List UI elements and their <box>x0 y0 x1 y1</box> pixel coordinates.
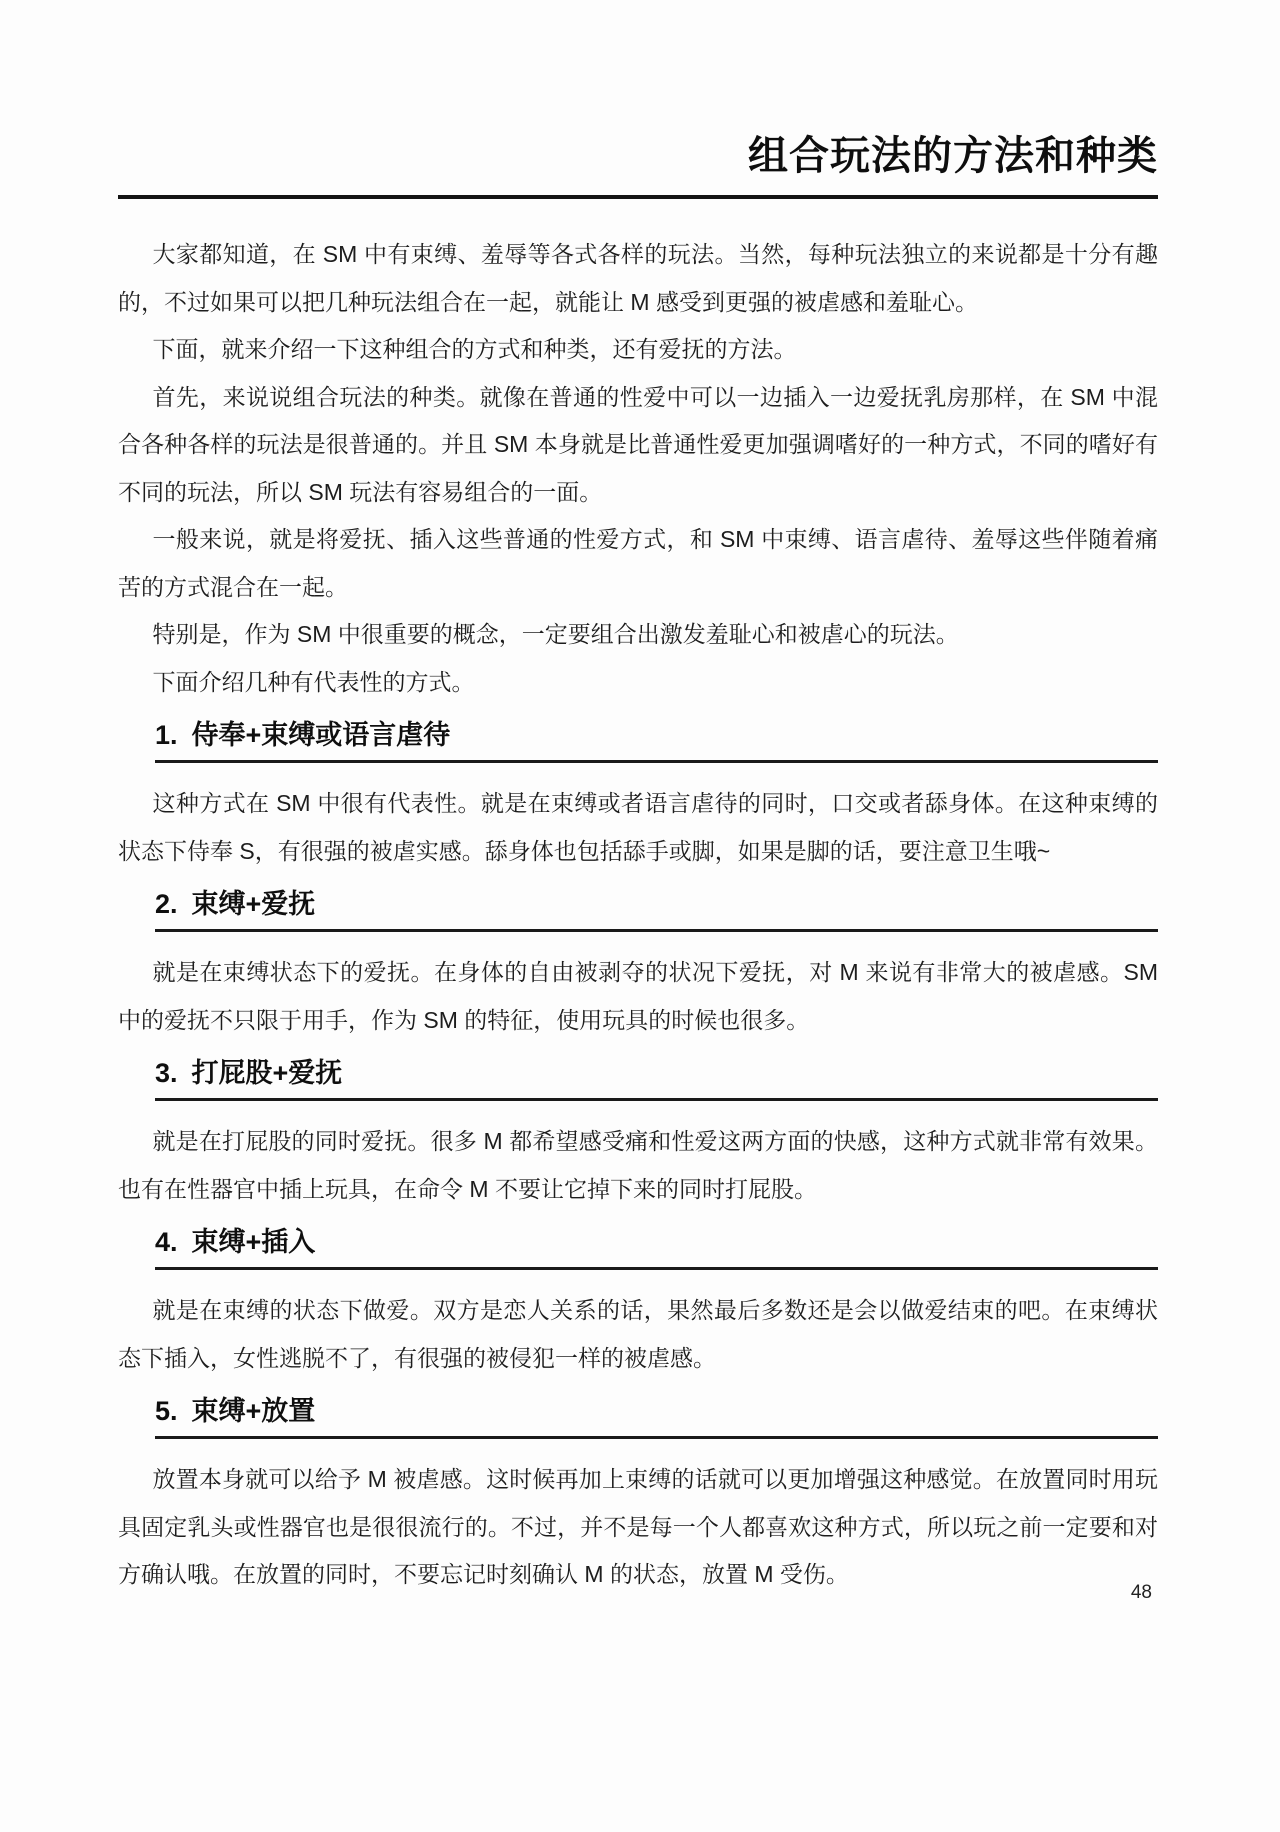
heading-rule <box>155 929 1158 932</box>
section-heading-text: 打屁股+爱抚 <box>192 1057 343 1089</box>
intro-paragraph: 下面，就来介绍一下这种组合的方式和种类，还有爱抚的方法。 <box>118 326 1158 374</box>
section-heading-text: 束缚+放置 <box>192 1395 316 1427</box>
section-4: 4. 束缚+插入 就是在束缚的状态下做爱。双方是恋人关系的话，果然最后多数还是会… <box>118 1226 1158 1382</box>
section-paragraph: 这种方式在 SM 中很有代表性。就是在束缚或者语言虐待的同时，口交或者舔身体。在… <box>118 780 1158 875</box>
heading-rule <box>155 1098 1158 1101</box>
intro-paragraph: 下面介绍几种有代表性的方式。 <box>118 659 1158 707</box>
heading-rule <box>155 760 1158 763</box>
page-number: 48 <box>1131 1582 1152 1604</box>
section-2: 2. 束缚+爱抚 就是在束缚状态下的爱抚。在身体的自由被剥夺的状况下爱抚，对 M… <box>118 888 1158 1044</box>
heading-rule <box>155 1436 1158 1439</box>
section-1: 1. 侍奉+束缚或语言虐待 这种方式在 SM 中很有代表性。就是在束缚或者语言虐… <box>118 719 1158 875</box>
section-paragraph: 就是在束缚的状态下做爱。双方是恋人关系的话，果然最后多数还是会以做爱结束的吧。在… <box>118 1287 1158 1382</box>
section-heading-text: 束缚+爱抚 <box>192 888 316 920</box>
section-paragraph: 就是在打屁股的同时爱抚。很多 M 都希望感受痛和性爱这两方面的快感，这种方式就非… <box>118 1118 1158 1213</box>
section-heading: 2. 束缚+爱抚 <box>118 888 1158 920</box>
section-paragraph: 放置本身就可以给予 M 被虐感。这时候再加上束缚的话就可以更加增强这种感觉。在放… <box>118 1456 1158 1599</box>
section-3: 3. 打屁股+爱抚 就是在打屁股的同时爱抚。很多 M 都希望感受痛和性爱这两方面… <box>118 1057 1158 1213</box>
section-heading: 3. 打屁股+爱抚 <box>118 1057 1158 1089</box>
section-heading: 5. 束缚+放置 <box>118 1395 1158 1427</box>
section-heading: 1. 侍奉+束缚或语言虐待 <box>118 719 1158 751</box>
section-paragraph: 就是在束缚状态下的爱抚。在身体的自由被剥夺的状况下爱抚，对 M 来说有非常大的被… <box>118 949 1158 1044</box>
section-number: 5. <box>155 1395 178 1427</box>
intro-paragraph: 大家都知道，在 SM 中有束缚、羞辱等各式各样的玩法。当然，每种玩法独立的来说都… <box>118 231 1158 326</box>
section-number: 4. <box>155 1226 178 1258</box>
title-rule <box>118 195 1158 199</box>
section-heading: 4. 束缚+插入 <box>118 1226 1158 1258</box>
heading-rule <box>155 1267 1158 1270</box>
section-heading-text: 束缚+插入 <box>192 1226 316 1258</box>
page-title: 组合玩法的方法和种类 <box>118 130 1158 182</box>
document-page: 组合玩法的方法和种类 大家都知道，在 SM 中有束缚、羞辱等各式各样的玩法。当然… <box>0 0 1280 1832</box>
intro-paragraph: 首先，来说说组合玩法的种类。就像在普通的性爱中可以一边插入一边爱抚乳房那样，在 … <box>118 374 1158 517</box>
section-number: 2. <box>155 888 178 920</box>
section-number: 3. <box>155 1057 178 1089</box>
intro-paragraph: 特别是，作为 SM 中很重要的概念，一定要组合出激发羞耻心和被虐心的玩法。 <box>118 611 1158 659</box>
section-heading-text: 侍奉+束缚或语言虐待 <box>192 719 451 751</box>
section-number: 1. <box>155 719 178 751</box>
intro-block: 大家都知道，在 SM 中有束缚、羞辱等各式各样的玩法。当然，每种玩法独立的来说都… <box>118 231 1158 706</box>
intro-paragraph: 一般来说，就是将爱抚、插入这些普通的性爱方式，和 SM 中束缚、语言虐待、羞辱这… <box>118 516 1158 611</box>
section-5: 5. 束缚+放置 放置本身就可以给予 M 被虐感。这时候再加上束缚的话就可以更加… <box>118 1395 1158 1599</box>
